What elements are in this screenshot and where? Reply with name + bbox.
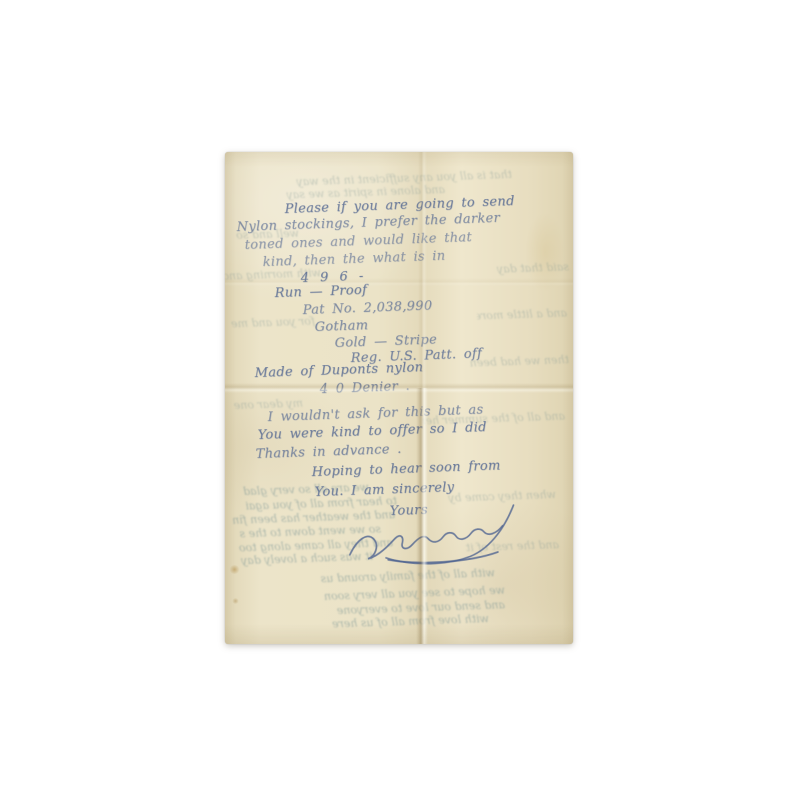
- bleedthrough-line: we hope to see you all very soon: [313, 584, 505, 604]
- paper-stain: [229, 565, 240, 574]
- letter-paper: that is all you any sufficient in the wa…: [225, 152, 573, 644]
- bleedthrough-line: and send our love to everyone: [293, 598, 505, 618]
- letter-line: Thanks in advance .: [255, 442, 401, 462]
- letter-line: Run — Proof: [274, 283, 367, 301]
- bleedthrough-line: that is all you any sufficient in the wa…: [280, 168, 512, 189]
- letter-line: You. I am sincerely: [314, 480, 454, 500]
- fold-crease-horizontal-upper: [225, 278, 573, 286]
- paper-stain: [525, 212, 565, 292]
- signature-flourish-icon: [341, 499, 539, 573]
- bleedthrough-line: and a little more: [477, 306, 567, 322]
- scan-background: that is all you any sufficient in the wa…: [0, 0, 800, 800]
- signature: [341, 499, 539, 573]
- letter-line: Gotham: [314, 318, 368, 335]
- bleedthrough-line: said that day: [473, 260, 569, 276]
- letter-line: Made of Duponts nylon: [254, 360, 423, 381]
- letter-line: Pat No. 2,038,990: [302, 298, 432, 318]
- letter-line: 4 0 Denier .: [319, 379, 410, 397]
- letter-line: Hoping to hear soon from: [311, 458, 500, 480]
- paper-stain: [232, 598, 239, 604]
- bleedthrough-line: with love from all of us here: [323, 612, 489, 631]
- letter-line: kind, then the what is in: [262, 249, 445, 270]
